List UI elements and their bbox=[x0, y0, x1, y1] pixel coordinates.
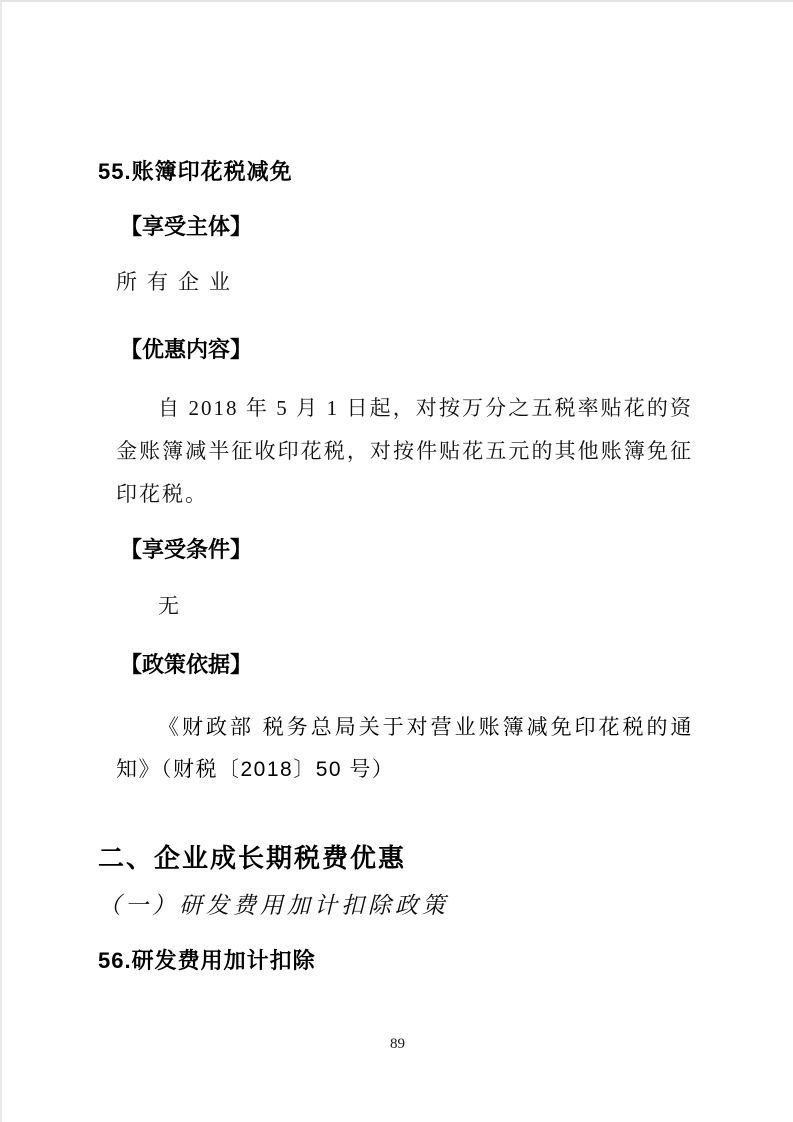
entry-56-heading: 56.研发费用加计扣除 bbox=[98, 946, 693, 976]
page-content: 55.账簿印花税减免 【享受主体】 所有企业 【优惠内容】 自 2018 年 5… bbox=[2, 2, 793, 976]
policy-basis-text: 《财政部 税务总局关于对营业账簿减免印花税的通知》（财税〔2018〕50 号） bbox=[116, 707, 693, 791]
subject-text: 所有企业 bbox=[116, 268, 693, 296]
policy-basis-label: 【政策依据】 bbox=[120, 650, 693, 680]
page-number: 89 bbox=[2, 1036, 793, 1053]
chapter-2-subheading: （一）研发费用加计扣除政策 bbox=[98, 890, 693, 922]
condition-section-label: 【享受条件】 bbox=[120, 535, 693, 565]
chapter-2-heading: 二、企业成长期税费优惠 bbox=[98, 840, 693, 876]
entry-55-heading: 55.账簿印花税减免 bbox=[98, 157, 693, 187]
benefit-content-label: 【优惠内容】 bbox=[120, 335, 693, 365]
condition-text: 无 bbox=[116, 592, 693, 620]
benefit-content-text: 自 2018 年 5 月 1 日起，对按万分之五税率贴花的资金账簿减半征收印花税… bbox=[116, 387, 693, 516]
subject-section-label: 【享受主体】 bbox=[120, 212, 693, 242]
document-page: 55.账簿印花税减免 【享受主体】 所有企业 【优惠内容】 自 2018 年 5… bbox=[0, 0, 793, 1122]
